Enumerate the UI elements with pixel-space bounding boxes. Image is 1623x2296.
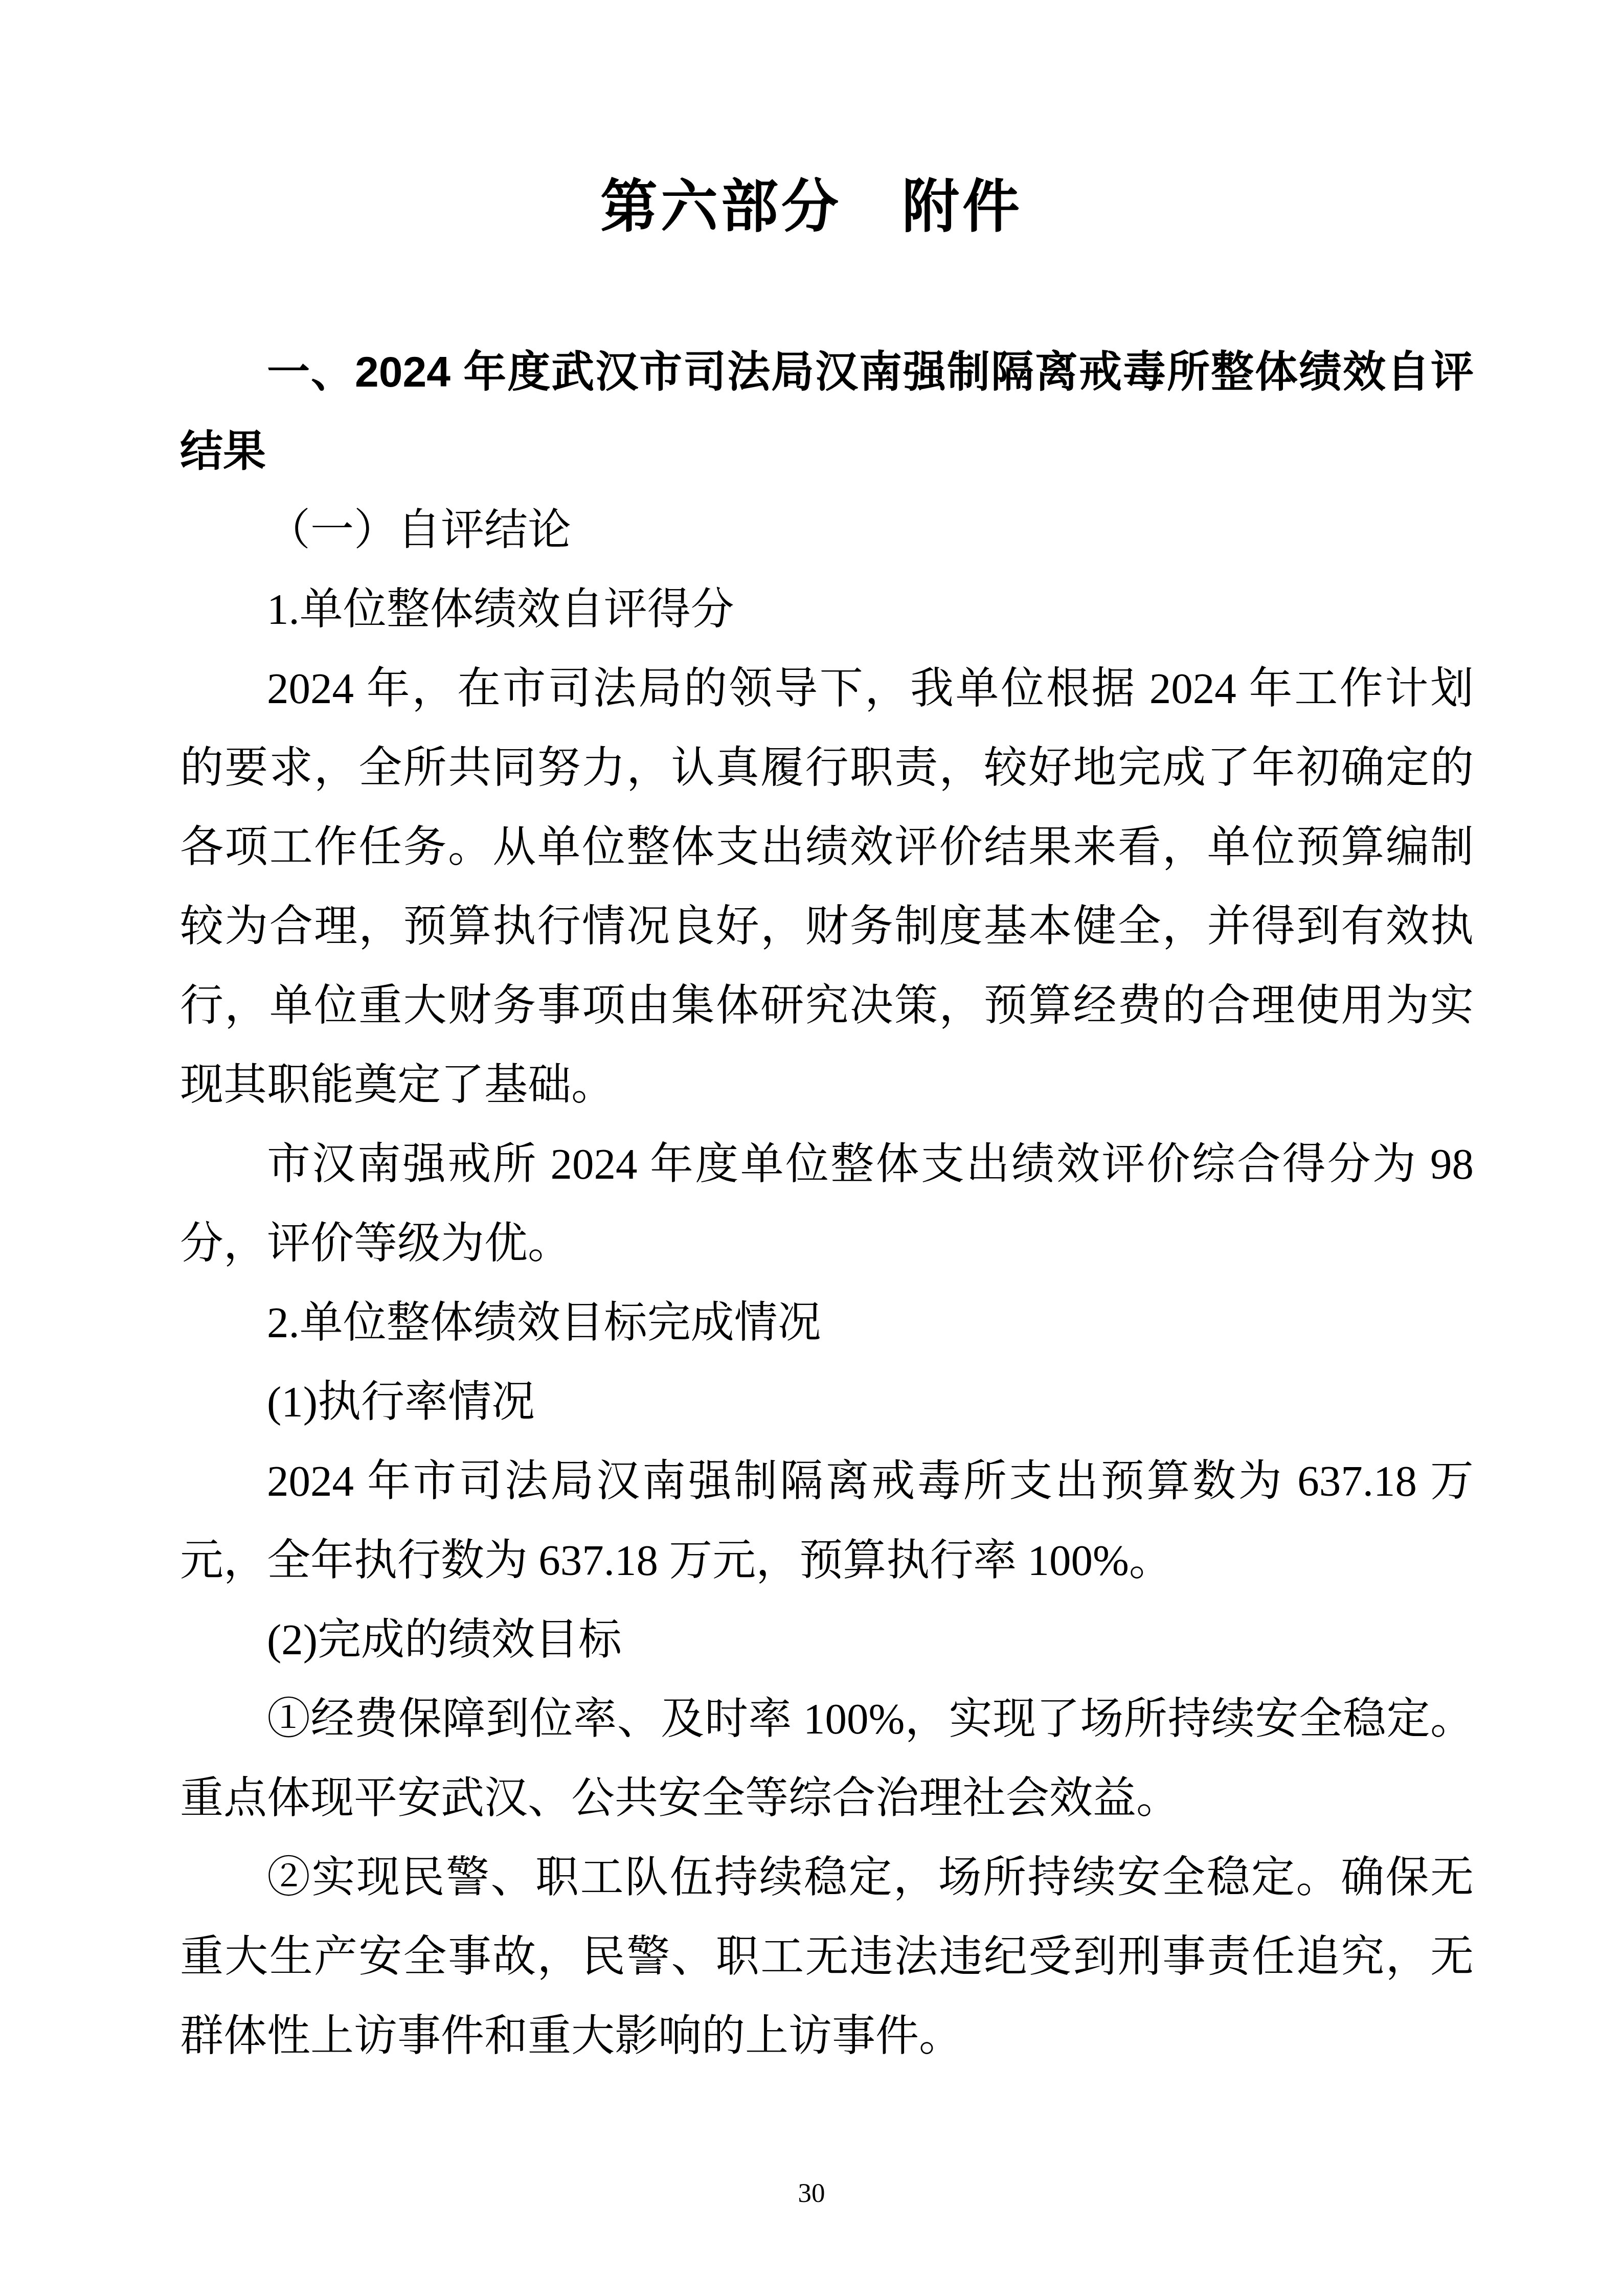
paragraph: ②实现民警、职工队伍持续稳定，场所持续安全稳定。确保无重大生产安全事故，民警、职… [180, 1838, 1474, 2076]
paragraph: 1.单位整体绩效自评得分 [180, 570, 1474, 649]
paragraph: ①经费保障到位率、及时率 100%，实现了场所持续安全稳定。重点体现平安武汉、公… [180, 1680, 1474, 1838]
text-line: 结果 [180, 412, 1474, 491]
page-number: 30 [0, 2177, 1623, 2209]
text-line: 一、2024 年度武汉市司法局汉南强制隔离戒毒所整体绩效自评 [180, 332, 1474, 412]
text-line: 2024 年，在市司法局的领导下，我单位根据 2024 年工作计划 [180, 649, 1474, 729]
text-line: 行，单位重大财务事项由集体研究决策，预算经费的合理使用为实 [180, 966, 1474, 1046]
document-body: 一、2024 年度武汉市司法局汉南强制隔离戒毒所整体绩效自评结果（一）自评结论1… [180, 332, 1474, 2076]
paragraph: 2024 年市司法局汉南强制隔离戒毒所支出预算数为 637.18 万元，全年执行… [180, 1442, 1474, 1601]
text-line: 1.单位整体绩效自评得分 [180, 570, 1474, 649]
paragraph: (2)完成的绩效目标 [180, 1601, 1474, 1680]
text-line: 群体性上访事件和重大影响的上访事件。 [180, 1997, 1474, 2076]
text-line: 的要求，全所共同努力，认真履行职责，较好地完成了年初确定的 [180, 729, 1474, 808]
text-line: 2024 年市司法局汉南强制隔离戒毒所支出预算数为 637.18 万 [180, 1442, 1474, 1521]
paragraph: (1)执行率情况 [180, 1363, 1474, 1442]
text-line: 较为合理，预算执行情况良好，财务制度基本健全，并得到有效执 [180, 887, 1474, 966]
document-title: 第六部分 附件 [0, 169, 1623, 245]
text-line: （一）自评结论 [180, 491, 1474, 570]
text-line: 各项工作任务。从单位整体支出绩效评价结果来看，单位预算编制 [180, 808, 1474, 887]
text-line: (1)执行率情况 [180, 1363, 1474, 1442]
text-line: (2)完成的绩效目标 [180, 1601, 1474, 1680]
text-line: ①经费保障到位率、及时率 100%，实现了场所持续安全稳定。 [180, 1680, 1474, 1759]
text-line: 2.单位整体绩效目标完成情况 [180, 1284, 1474, 1363]
text-line: 元，全年执行数为 637.18 万元，预算执行率 100%。 [180, 1521, 1474, 1601]
text-line: 重大生产安全事故，民警、职工无违法违纪受到刑事责任追究，无 [180, 1918, 1474, 1997]
paragraph: 一、2024 年度武汉市司法局汉南强制隔离戒毒所整体绩效自评结果 [180, 332, 1474, 491]
text-line: 现其职能奠定了基础。 [180, 1046, 1474, 1125]
text-line: 重点体现平安武汉、公共安全等综合治理社会效益。 [180, 1759, 1474, 1838]
text-line: ②实现民警、职工队伍持续稳定，场所持续安全稳定。确保无 [180, 1838, 1474, 1918]
paragraph: 2024 年，在市司法局的领导下，我单位根据 2024 年工作计划的要求，全所共… [180, 649, 1474, 1125]
text-line: 分，评价等级为优。 [180, 1204, 1474, 1284]
text-line: 市汉南强戒所 2024 年度单位整体支出绩效评价综合得分为 98 [180, 1125, 1474, 1204]
paragraph: （一）自评结论 [180, 491, 1474, 570]
paragraph: 市汉南强戒所 2024 年度单位整体支出绩效评价综合得分为 98分，评价等级为优… [180, 1125, 1474, 1284]
paragraph: 2.单位整体绩效目标完成情况 [180, 1284, 1474, 1363]
document-page: 第六部分 附件 一、2024 年度武汉市司法局汉南强制隔离戒毒所整体绩效自评结果… [0, 0, 1623, 2296]
